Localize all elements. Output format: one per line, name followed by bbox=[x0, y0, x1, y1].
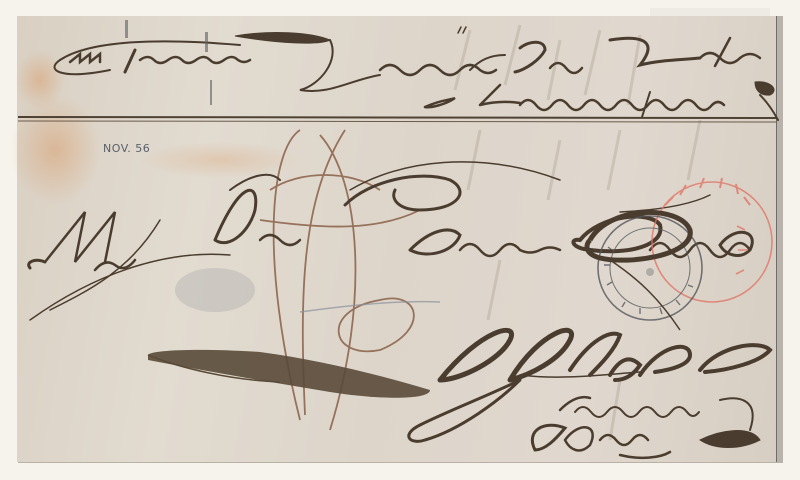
ink-smudge bbox=[175, 268, 255, 312]
cover-artwork bbox=[0, 0, 800, 480]
bleed-marks-top bbox=[125, 20, 212, 105]
double-rule bbox=[18, 117, 777, 122]
address-script bbox=[29, 162, 753, 320]
underline-flourish bbox=[148, 350, 430, 398]
pencil-note: NOV. 56 bbox=[103, 142, 150, 155]
black-postmark bbox=[598, 216, 702, 320]
city-script bbox=[409, 330, 770, 441]
red-postmark bbox=[652, 178, 772, 302]
region-script bbox=[560, 397, 760, 447]
foxing-stains bbox=[10, 50, 300, 205]
country-script bbox=[532, 425, 670, 458]
routing-script-line-2 bbox=[425, 85, 778, 120]
pencil-stroke bbox=[300, 302, 440, 312]
bleed-through-strokes bbox=[455, 25, 700, 440]
routing-script bbox=[54, 27, 774, 95]
